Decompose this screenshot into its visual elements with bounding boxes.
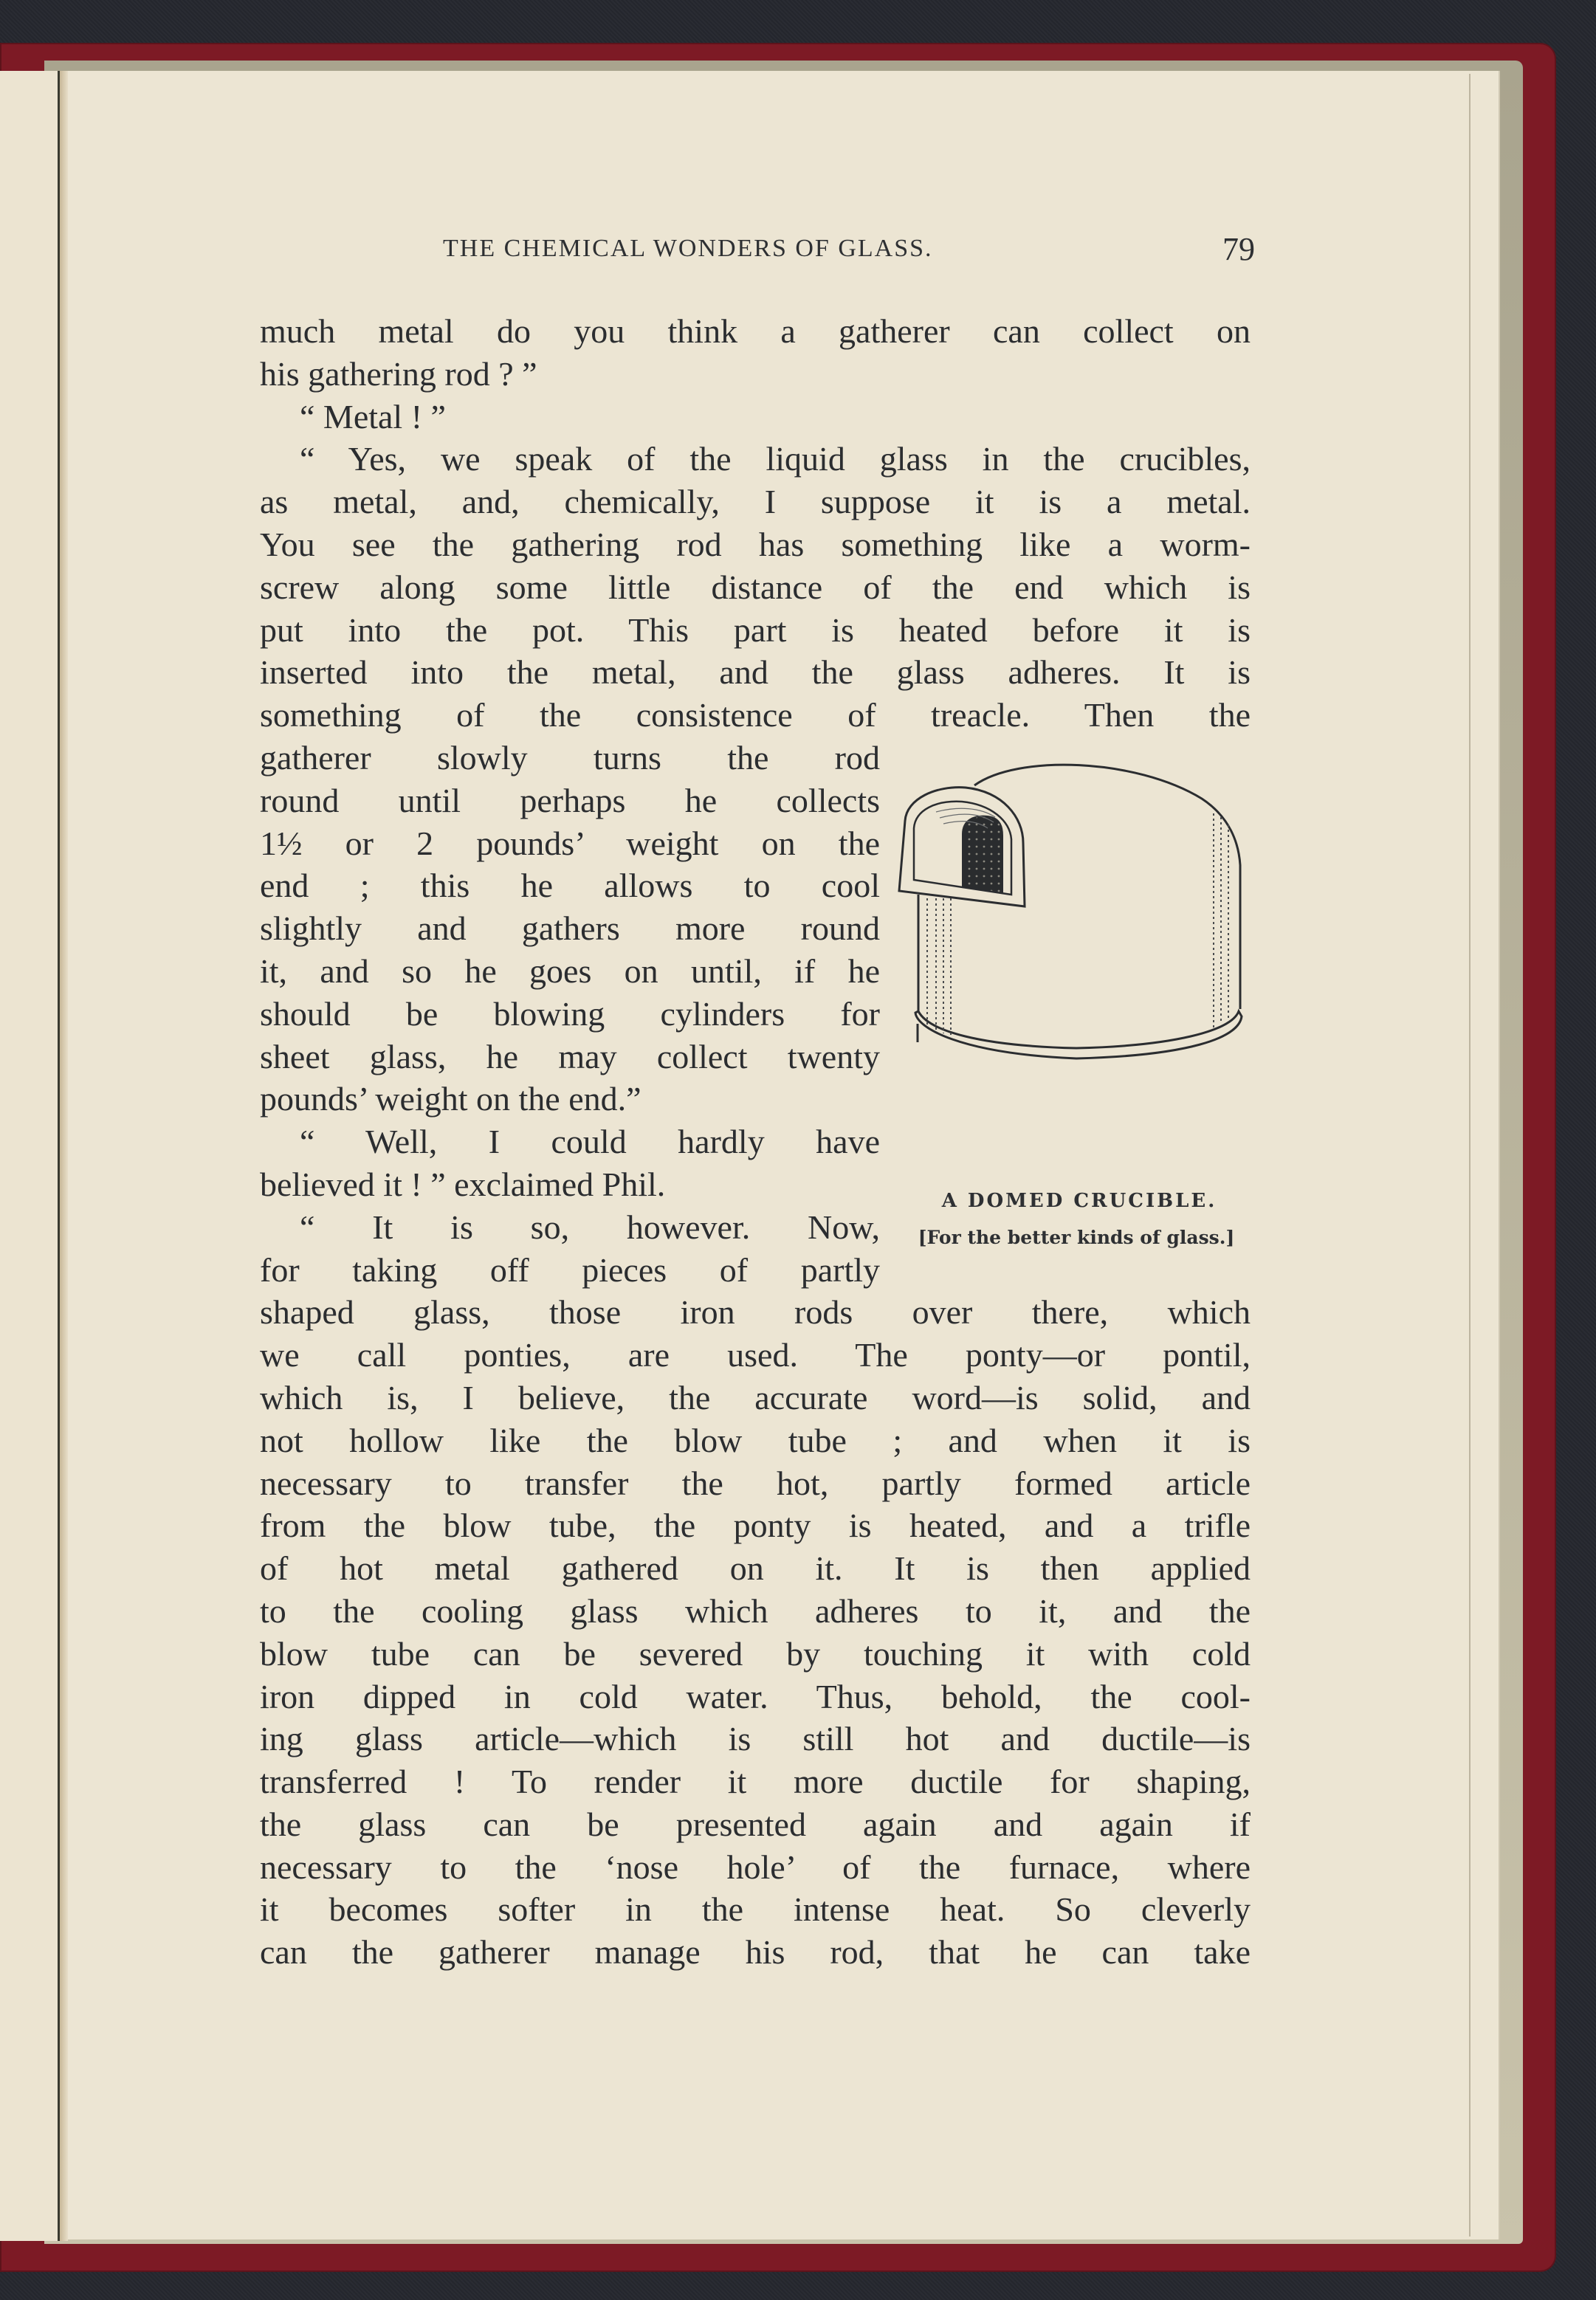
text-line: much metal do you think a gatherer can c… <box>260 310 1251 353</box>
text-line: screw along some little distance of the … <box>260 566 1251 609</box>
text-line: should be blowing cylinders for <box>260 993 880 1036</box>
text-line: we call ponties, are used. The ponty—or … <box>260 1334 1251 1377</box>
text-line: end ; this he allows to cool <box>260 864 880 907</box>
text-line: it becomes softer in the intense heat. S… <box>260 1888 1251 1931</box>
figure-caption-title: A DOMED CRUCIBLE. <box>924 1190 1234 1212</box>
facing-page-edge <box>0 71 58 2241</box>
text-line: round until perhaps he collects <box>260 779 880 822</box>
text-line: necessary to the ‘nose hole’ of the furn… <box>260 1846 1251 1889</box>
text-line: to the cooling glass which adheres to it… <box>260 1590 1251 1633</box>
text-line: it, and so he goes on until, if he <box>260 950 880 993</box>
text-line: for taking off pieces of partly <box>260 1249 880 1292</box>
text-line: inserted into the metal, and the glass a… <box>260 651 1251 694</box>
text-line: You see the gathering rod has something … <box>260 523 1251 566</box>
text-line: pounds’ weight on the end.” <box>260 1078 880 1120</box>
text-line: something of the consistence of treacle.… <box>260 694 1251 737</box>
text-line: slightly and gathers more round <box>260 907 880 950</box>
figure-caption-subtitle: [For the better kinds of glass.] <box>892 1227 1261 1248</box>
figure-domed-crucible: A DOMED CRUCIBLE. [For the better kinds … <box>892 747 1261 1264</box>
text-line: put into the pot. This part is heated be… <box>260 609 1251 652</box>
text-line: ing glass article—which is still hot and… <box>260 1718 1251 1760</box>
text-line: necessary to transfer the hot, partly fo… <box>260 1462 1251 1505</box>
page-number: 79 <box>1222 230 1255 268</box>
text-line: “ It is so, however. Now, <box>260 1206 880 1249</box>
page-fore-edge-line <box>1469 74 1471 2237</box>
text-line: 1½ or 2 pounds’ weight on the <box>260 822 880 865</box>
text-line: iron dipped in cold water. Thus, behold,… <box>260 1676 1251 1718</box>
text-line: gatherer slowly turns the rod <box>260 737 880 779</box>
text-line: transferred ! To render it more ductile … <box>260 1760 1251 1803</box>
text-line: shaped glass, those iron rods over there… <box>260 1291 1251 1334</box>
text-line: which is, I believe, the accurate word—i… <box>260 1377 1251 1419</box>
text-line: sheet glass, he may collect twenty <box>260 1036 880 1078</box>
book-gutter <box>58 71 68 2241</box>
text-line: not hollow like the blow tube ; and when… <box>260 1419 1251 1462</box>
text-line: blow tube can be severed by touching it … <box>260 1633 1251 1676</box>
running-head-title: THE CHEMICAL WONDERS OF GLASS. <box>443 235 933 263</box>
text-line: “ Yes, we speak of the liquid glass in t… <box>260 438 1251 481</box>
text-line: his gathering rod ? ” <box>260 353 1251 396</box>
domed-crucible-illustration <box>892 747 1261 1182</box>
text-line: believed it ! ” exclaimed Phil. <box>260 1163 880 1206</box>
text-line: of hot metal gathered on it. It is then … <box>260 1547 1251 1590</box>
text-line: from the blow tube, the ponty is heated,… <box>260 1504 1251 1547</box>
text-line: the glass can be presented again and aga… <box>260 1803 1251 1846</box>
text-line: “ Metal ! ” <box>260 396 1251 438</box>
text-line: as metal, and, chemically, I suppose it … <box>260 481 1251 523</box>
text-line: can the gatherer manage his rod, that he… <box>260 1931 1251 1974</box>
text-line: “ Well, I could hardly have <box>260 1120 880 1163</box>
